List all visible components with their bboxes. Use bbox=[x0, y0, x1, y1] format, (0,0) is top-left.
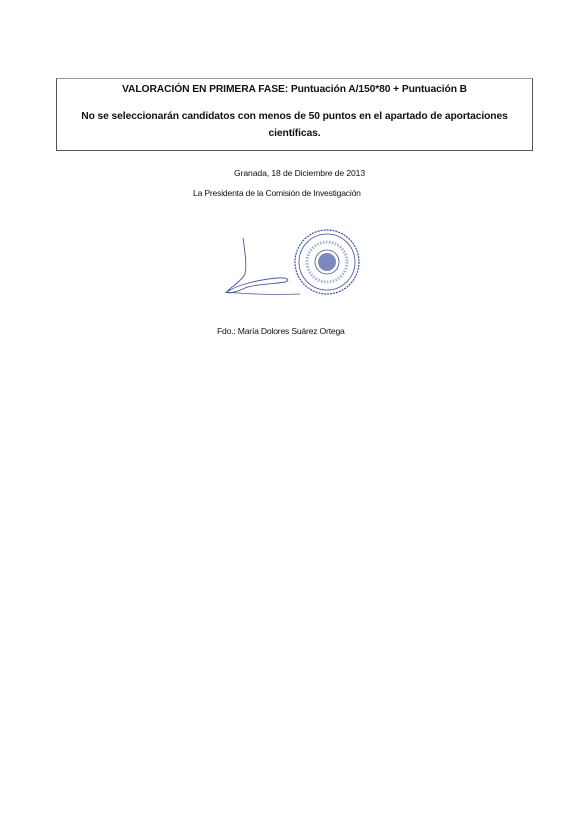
signature-icon bbox=[215, 222, 365, 304]
place-date: Granada, 18 de Diciembre de 2013 bbox=[234, 168, 365, 178]
signatory-role: La Presidenta de la Comisión de Investig… bbox=[193, 188, 361, 198]
signature-and-seal bbox=[215, 222, 365, 304]
official-seal-icon bbox=[295, 230, 359, 294]
signed-by: Fdo.: María Dolores Suárez Ortega bbox=[217, 326, 345, 336]
notice-box: VALORACIÓN EN PRIMERA FASE: Puntuación A… bbox=[56, 78, 533, 151]
evaluation-formula: VALORACIÓN EN PRIMERA FASE: Puntuación A… bbox=[57, 84, 532, 95]
minimum-score-note: No se seleccionarán candidatos con menos… bbox=[71, 108, 518, 142]
